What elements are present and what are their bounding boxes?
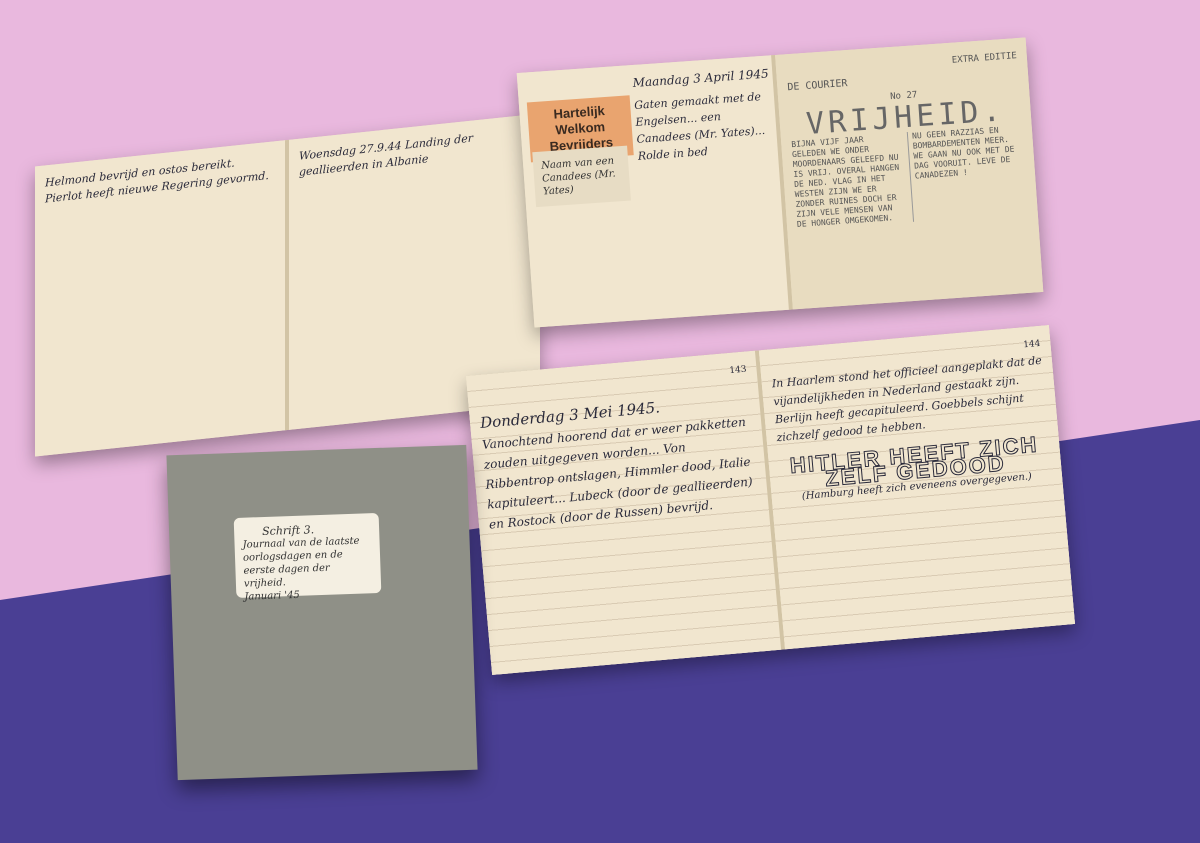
canadian-note: Naam van een Canadees (Mr. Yates) [532, 146, 631, 207]
newspaper-col-1: BIJNA VIJF JAAR GELEDEN WE ONDER MOORDEN… [791, 132, 907, 229]
diary-bottom-right: 143 Donderdag 3 Mei 1945. Vanochtend hoo… [466, 325, 1075, 675]
diary-page-left: Helmond bevrijd en ostos bereikt. Pierlo… [35, 140, 285, 456]
cover-label: Schrift 3. Journaal van de laatste oorlo… [234, 513, 382, 598]
label-text: Journaal van de laatste oorlogsdagen en … [242, 534, 373, 590]
diary-top-right: Hartelijk Welkom Bevrijders Naam van een… [517, 38, 1044, 328]
entry-text: Gaten gemaakt met de Engelsen... een Can… [634, 88, 773, 165]
diary-top-left: Helmond bevrijd en ostos bereikt. Pierlo… [35, 113, 540, 456]
entry-text: Vanochtend hoorend dat er weer pakketten… [481, 411, 759, 534]
entry-date: Maandag 3 April 1945 [632, 66, 769, 91]
newspaper-col-2: NU GEEN RAZZIAS EN BOMBARDEMENTEN MEER. … [907, 124, 1028, 222]
diary-bottom-left-cover: Schrift 3. Journaal van de laatste oorlo… [166, 445, 477, 780]
